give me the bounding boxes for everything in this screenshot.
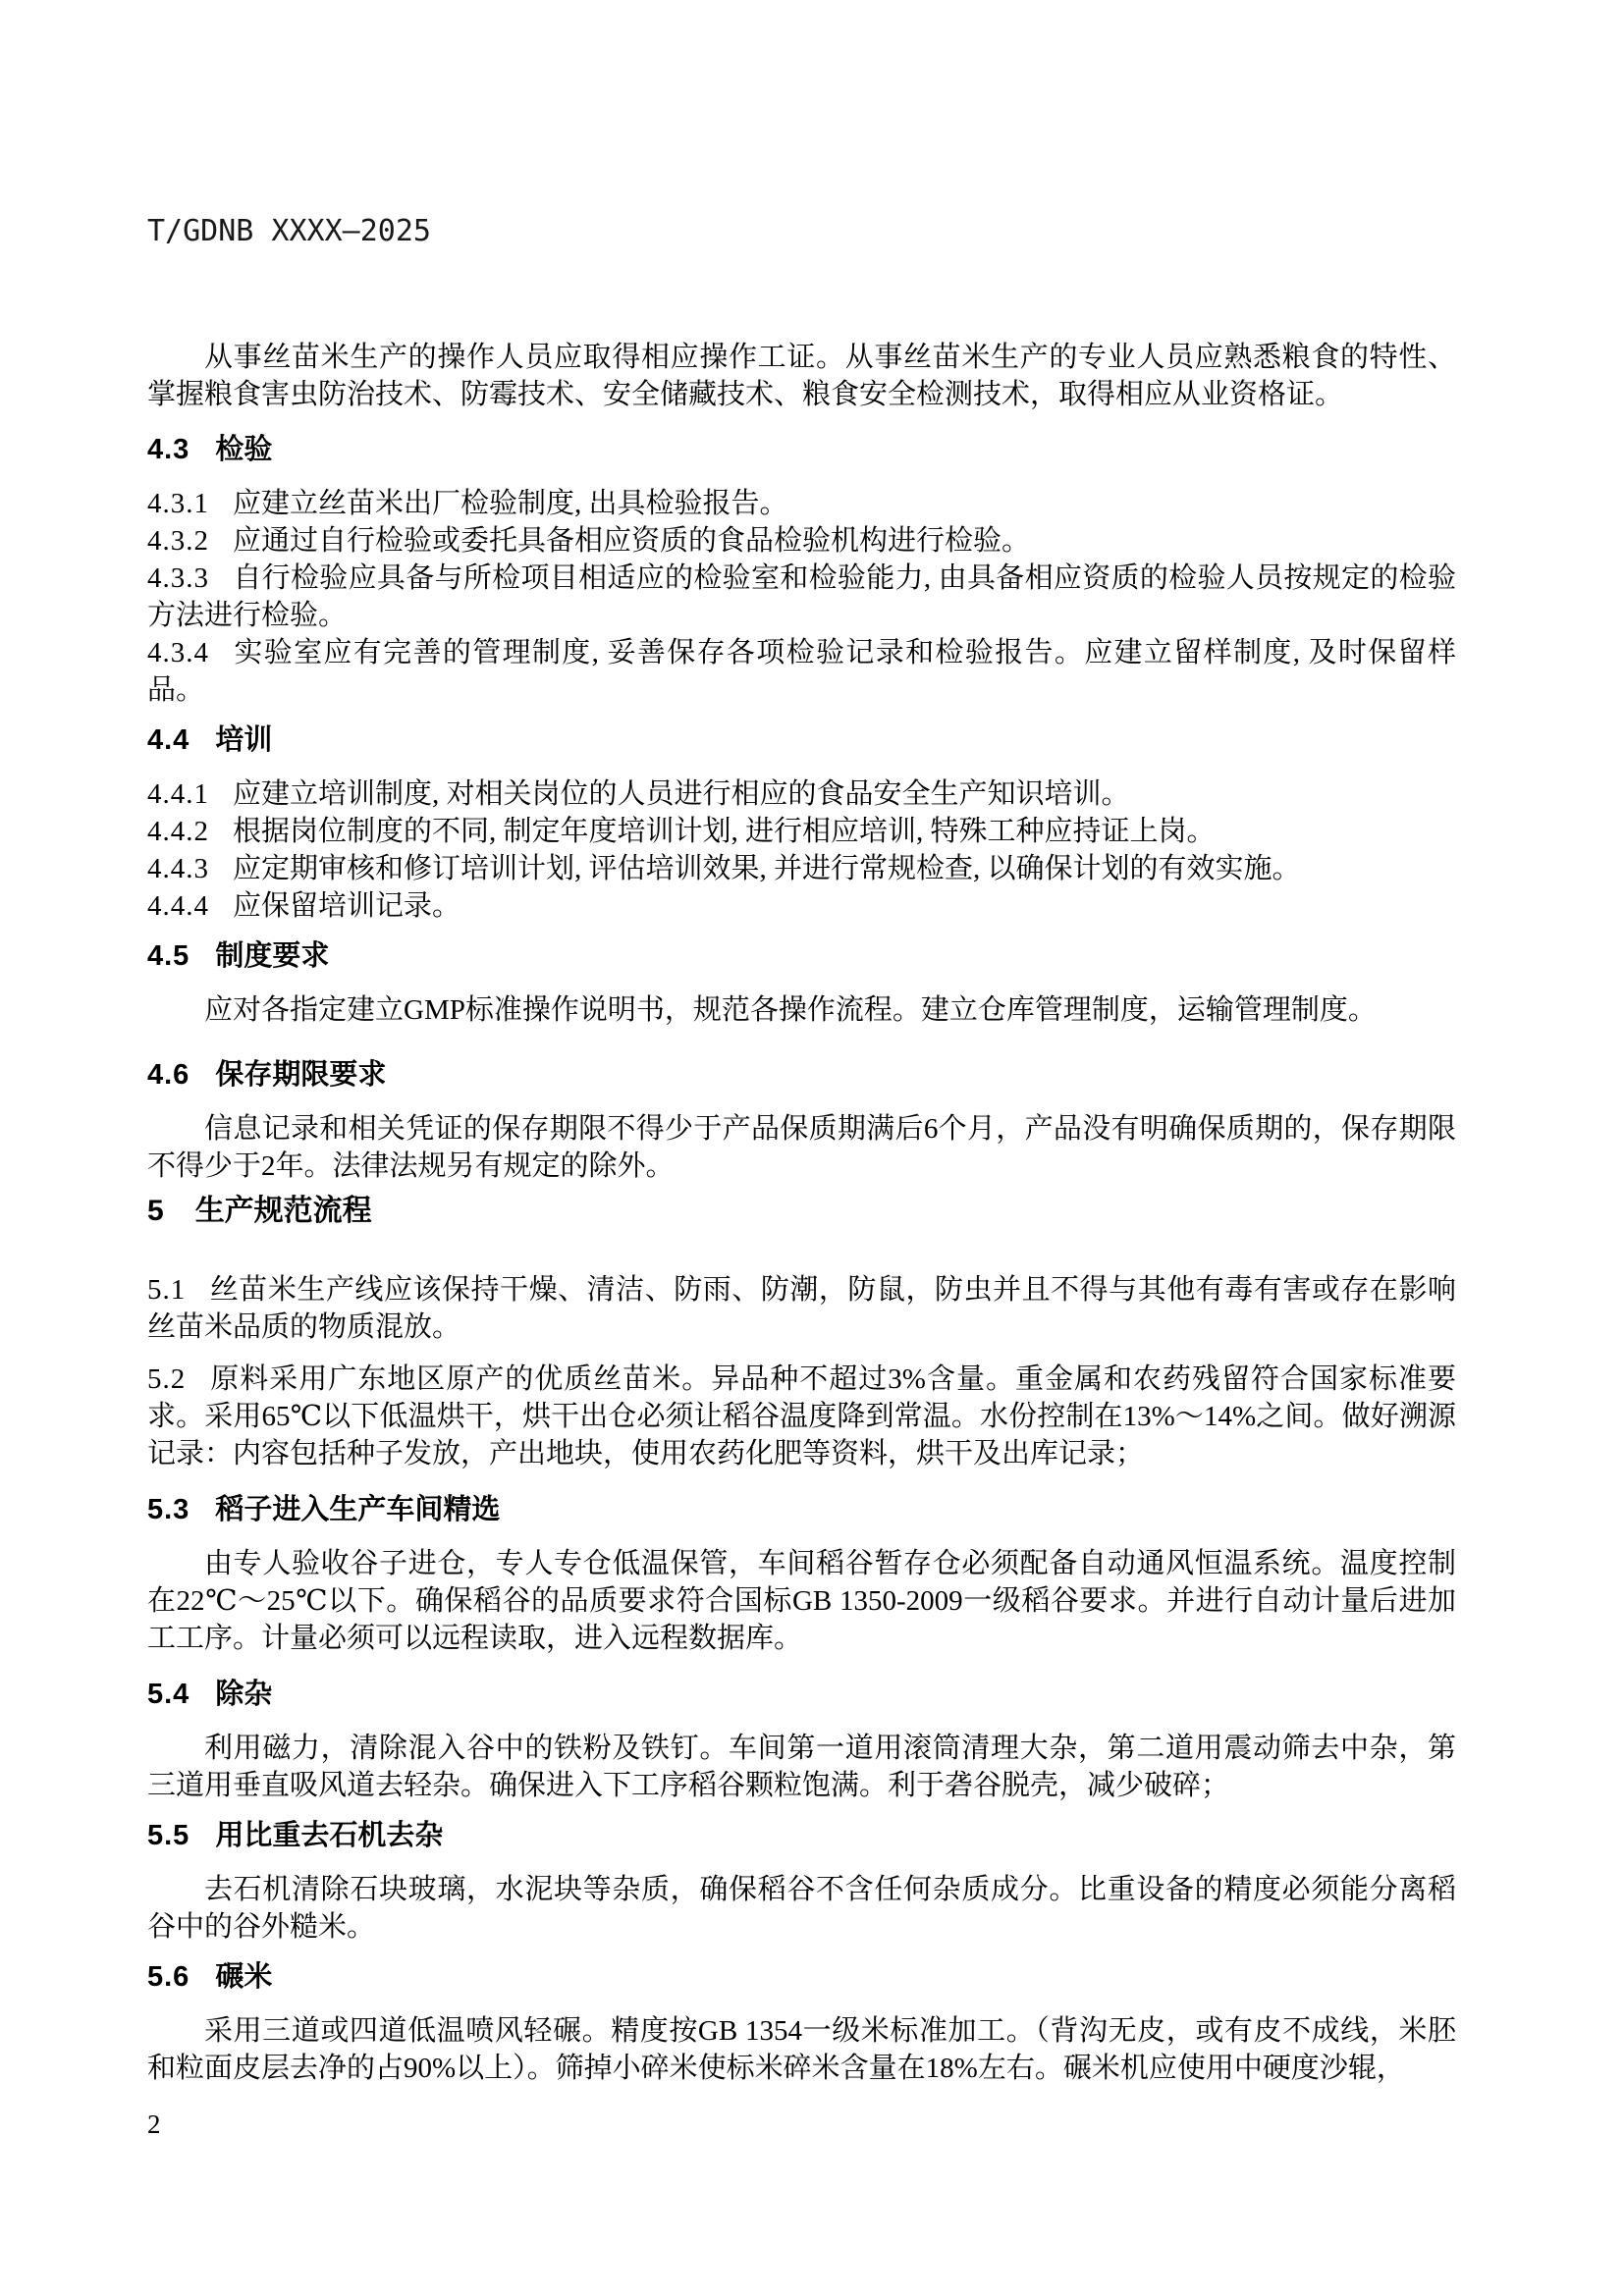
- clause-4-3-1: 4.3.1应建立丝苗米出厂检验制度, 出具检验报告。: [147, 485, 1456, 522]
- clause-4-4-1: 4.4.1应建立培训制度, 对相关岗位的人员进行相应的食品安全生产知识培训。: [147, 775, 1456, 813]
- clause-number: 4.4.4: [147, 890, 209, 922]
- clause-5-2: 5.2原料采用广东地区原产的优质丝苗米。异品种不超过3%含量。重金属和农药残留符…: [147, 1361, 1456, 1472]
- clause-5-1: 5.1丝苗米生产线应该保持干燥、清洁、防雨、防潮，防鼠，防虫并且不得与其他有毒有…: [147, 1271, 1456, 1346]
- section-title: 制度要求: [215, 940, 329, 972]
- clause-text: 应保留培训记录。: [233, 890, 460, 922]
- standard-number-header: T/GDNB XXXX—2025: [147, 216, 1456, 247]
- section-4-5-body: 应对各指定建立GMP标准操作说明书，规范各操作流程。建立仓库管理制度，运输管理制…: [147, 991, 1456, 1029]
- section-heading-4-5: 4.5制度要求: [147, 939, 1456, 973]
- intro-paragraph: 从事丝苗米生产的操作人员应取得相应操作工证。从事丝苗米生产的专业人员应熟悉粮食的…: [147, 339, 1456, 413]
- section-heading-5-3: 5.3稻子进入生产车间精选: [147, 1493, 1456, 1526]
- clause-text: 应定期审核和修订培训计划, 评估培训效果, 并进行常规检查, 以确保计划的有效实…: [233, 853, 1301, 884]
- clause-text: 实验室应有完善的管理制度, 妥善保存各项检验记录和检验报告。应建立留样制度, 及…: [147, 637, 1456, 706]
- section-title: 碾米: [215, 1961, 272, 1993]
- clause-4-3-2: 4.3.2应通过自行检验或委托具备相应资质的食品检验机构进行检验。: [147, 522, 1456, 560]
- section-heading-5-6: 5.6碾米: [147, 1960, 1456, 1994]
- chapter-number: 5: [147, 1195, 164, 1227]
- clause-number: 5.1: [147, 1274, 186, 1306]
- clause-4-4-3: 4.4.3应定期审核和修订培训计划, 评估培训效果, 并进行常规检查, 以确保计…: [147, 850, 1456, 887]
- section-4-6-body: 信息记录和相关凭证的保存期限不得少于产品保质期满后6个月，产品没有明确保质期的，…: [147, 1110, 1456, 1185]
- section-title: 用比重去石机去杂: [215, 1820, 443, 1851]
- clause-text: 应通过自行检验或委托具备相应资质的食品检验机构进行检验。: [233, 525, 1030, 557]
- clause-text: 根据岗位制度的不同, 制定年度培训计划, 进行相应培训, 特殊工种应持证上岗。: [233, 816, 1216, 847]
- section-heading-4-6: 4.6保存期限要求: [147, 1058, 1456, 1092]
- section-title: 除杂: [215, 1679, 272, 1710]
- section-5-6-body: 采用三道或四道低温喷风轻碾。精度按GB 1354一级米标准加工。（背沟无皮，或有…: [147, 2012, 1456, 2087]
- section-5-4-body: 利用磁力，清除混入谷中的铁粉及铁钉。车间第一道用滚筒清理大杂，第二道用震动筛去中…: [147, 1730, 1456, 1804]
- section-number: 4.5: [147, 940, 189, 972]
- section-heading-4-4: 4.4培训: [147, 723, 1456, 757]
- page-number: 2: [147, 2109, 1456, 2139]
- clause-text: 应建立培训制度, 对相关岗位的人员进行相应的食品安全生产知识培训。: [233, 778, 1130, 810]
- clause-number: 4.4.2: [147, 816, 209, 847]
- clause-4-3-4: 4.3.4实验室应有完善的管理制度, 妥善保存各项检验记录和检验报告。应建立留样…: [147, 634, 1456, 709]
- section-number: 5.4: [147, 1679, 189, 1710]
- section-number: 4.6: [147, 1059, 189, 1091]
- section-number: 4.3: [147, 434, 189, 465]
- clause-4-4-4: 4.4.4应保留培训记录。: [147, 887, 1456, 925]
- section-heading-5-5: 5.5用比重去石机去杂: [147, 1819, 1456, 1852]
- clause-number: 4.4.3: [147, 853, 209, 884]
- section-5-5-body: 去石机清除石块玻璃，水泥块等杂质，确保稻谷不含任何杂质成分。比重设备的精度必须能…: [147, 1871, 1456, 1946]
- section-title: 稻子进入生产车间精选: [215, 1494, 500, 1525]
- clause-number: 4.3.3: [147, 562, 209, 594]
- section-number: 5.5: [147, 1820, 189, 1851]
- section-number: 4.4: [147, 724, 189, 756]
- section-heading-5-4: 5.4除杂: [147, 1678, 1456, 1711]
- clause-number: 4.3.1: [147, 488, 209, 519]
- clause-text: 应建立丝苗米出厂检验制度, 出具检验报告。: [233, 488, 788, 519]
- section-5-3-body: 由专人验收谷子进仓，专人专仓低温保管，车间稻谷暂存仓必须配备自动通风恒温系统。温…: [147, 1545, 1456, 1657]
- chapter-heading-5: 5生产规范流程: [147, 1194, 1456, 1229]
- clause-number: 5.2: [147, 1363, 186, 1395]
- clause-text: 自行检验应具备与所检项目相适应的检验室和检验能力, 由具备相应资质的检验人员按规…: [147, 562, 1456, 631]
- clause-text: 丝苗米生产线应该保持干燥、清洁、防雨、防潮，防鼠，防虫并且不得与其他有毒有害或存…: [147, 1274, 1456, 1343]
- section-number: 5.6: [147, 1961, 189, 1993]
- clause-4-3-3: 4.3.3自行检验应具备与所检项目相适应的检验室和检验能力, 由具备相应资质的检…: [147, 560, 1456, 634]
- clause-number: 4.4.1: [147, 778, 209, 810]
- chapter-title: 生产规范流程: [195, 1195, 372, 1227]
- clause-text: 原料采用广东地区原产的优质丝苗米。异品种不超过3%含量。重金属和农药残留符合国家…: [147, 1363, 1456, 1469]
- clause-number: 4.3.4: [147, 637, 209, 668]
- section-number: 5.3: [147, 1494, 189, 1525]
- document-page: T/GDNB XXXX—2025 从事丝苗米生产的操作人员应取得相应操作工证。从…: [0, 0, 1624, 2296]
- section-title: 培训: [215, 724, 272, 756]
- section-title: 检验: [215, 434, 272, 465]
- section-title: 保存期限要求: [215, 1059, 386, 1091]
- clause-4-4-2: 4.4.2根据岗位制度的不同, 制定年度培训计划, 进行相应培训, 特殊工种应持…: [147, 813, 1456, 850]
- clause-number: 4.3.2: [147, 525, 209, 557]
- section-heading-4-3: 4.3检验: [147, 433, 1456, 466]
